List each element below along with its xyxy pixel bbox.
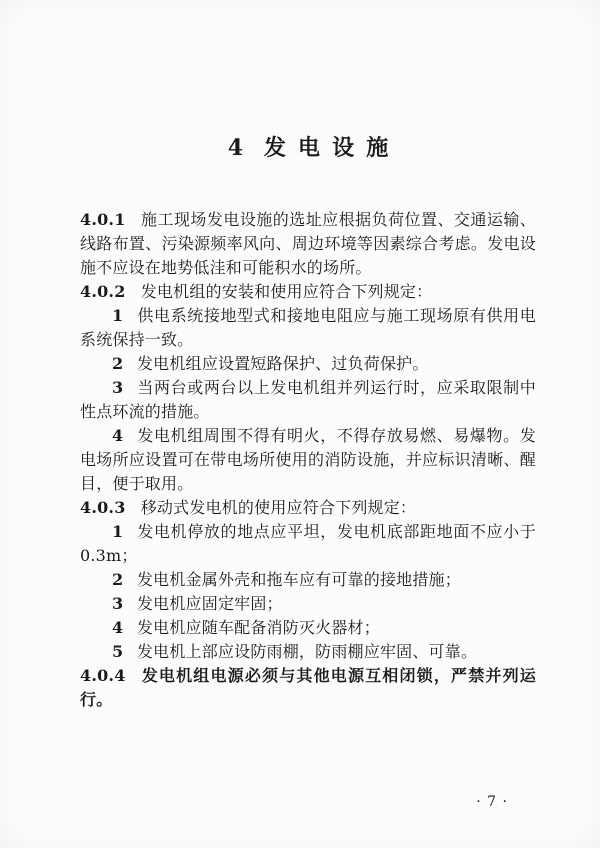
item-number: 2 xyxy=(112,570,123,589)
sub-item-4-0-3-4: 4发电机应随车配备消防灭火器材； xyxy=(80,616,536,640)
item-text: 发电机上部应设防雨棚，防雨棚应牢固、可靠。 xyxy=(137,642,477,661)
clause-number: 4.0.4 xyxy=(80,666,126,685)
item-text: 供电系统接地型式和接地电阻应与施工现场原有供用电系统保持一致。 xyxy=(80,306,536,349)
chapter-number: 4 xyxy=(228,135,243,161)
clause-number: 4.0.1 xyxy=(80,210,126,229)
chapter-title: 4发电设施 xyxy=(80,133,536,163)
sub-item-4-0-3-3: 3发电机应固定牢固； xyxy=(80,592,536,616)
sub-item-4-0-2-1: 1供电系统接地型式和接地电阻应与施工现场原有供用电系统保持一致。 xyxy=(80,304,536,352)
item-text: 发电机金属外壳和拖车应有可靠的接地措施； xyxy=(137,570,461,589)
sub-item-4-0-2-3: 3当两台或两台以上发电机组并列运行时，应采取限制中性点环流的措施。 xyxy=(80,376,536,424)
item-text: 发电机组周围不得有明火，不得存放易燃、易爆物。发电场所应设置可在带电场所使用的消… xyxy=(80,426,536,493)
item-number: 2 xyxy=(112,354,123,373)
clause-text: 施工现场发电设施的选址应根据负荷位置、交通运输、线路布置、污染源频率风向、周边环… xyxy=(80,210,536,277)
item-text: 当两台或两台以上发电机组并列运行时，应采取限制中性点环流的措施。 xyxy=(80,378,536,421)
page-number: · 7 · xyxy=(476,794,508,810)
clause-text: 发电机组电源必须与其他电源互相闭锁，严禁并列运行。 xyxy=(80,666,536,709)
sub-item-4-0-3-2: 2发电机金属外壳和拖车应有可靠的接地措施； xyxy=(80,568,536,592)
item-number: 4 xyxy=(112,618,123,637)
scanned-document-page: 4发电设施 4.0.1施工现场发电设施的选址应根据负荷位置、交通运输、线路布置、… xyxy=(0,0,600,848)
clause-4-0-2: 4.0.2发电机组的安装和使用应符合下列规定： xyxy=(80,280,536,304)
clause-4-0-1: 4.0.1施工现场发电设施的选址应根据负荷位置、交通运输、线路布置、污染源频率风… xyxy=(80,208,536,280)
item-number: 3 xyxy=(112,378,123,397)
clause-text: 发电机组的安装和使用应符合下列规定： xyxy=(141,282,433,301)
item-number: 1 xyxy=(112,306,123,325)
item-number: 5 xyxy=(112,642,123,661)
sub-item-4-0-2-4: 4发电机组周围不得有明火，不得存放易燃、易爆物。发电场所应设置可在带电场所使用的… xyxy=(80,424,536,496)
item-text: 发电机组应设置短路保护、过负荷保护。 xyxy=(137,354,429,373)
clause-4-0-4: 4.0.4发电机组电源必须与其他电源互相闭锁，严禁并列运行。 xyxy=(80,664,536,712)
sub-item-4-0-3-5: 5发电机上部应设防雨棚，防雨棚应牢固、可靠。 xyxy=(80,640,536,664)
sub-item-4-0-2-2: 2发电机组应设置短路保护、过负荷保护。 xyxy=(80,352,536,376)
item-number: 1 xyxy=(112,522,123,541)
item-number: 3 xyxy=(112,594,123,613)
item-text: 发电机停放的地点应平坦，发电机底部距地面不应小于0.3m； xyxy=(80,522,536,565)
sub-item-4-0-3-1: 1发电机停放的地点应平坦，发电机底部距地面不应小于0.3m； xyxy=(80,520,536,568)
clause-number: 4.0.2 xyxy=(80,282,126,301)
clause-4-0-3: 4.0.3移动式发电机的使用应符合下列规定： xyxy=(80,496,536,520)
clause-text: 移动式发电机的使用应符合下列规定： xyxy=(141,498,416,517)
page-content: 4发电设施 4.0.1施工现场发电设施的选址应根据负荷位置、交通运输、线路布置、… xyxy=(80,133,536,712)
item-number: 4 xyxy=(112,426,123,445)
item-text: 发电机应固定牢固； xyxy=(137,594,283,613)
clause-number: 4.0.3 xyxy=(80,498,126,517)
item-text: 发电机应随车配备消防灭火器材； xyxy=(137,618,380,637)
chapter-name: 发电设施 xyxy=(264,135,400,161)
